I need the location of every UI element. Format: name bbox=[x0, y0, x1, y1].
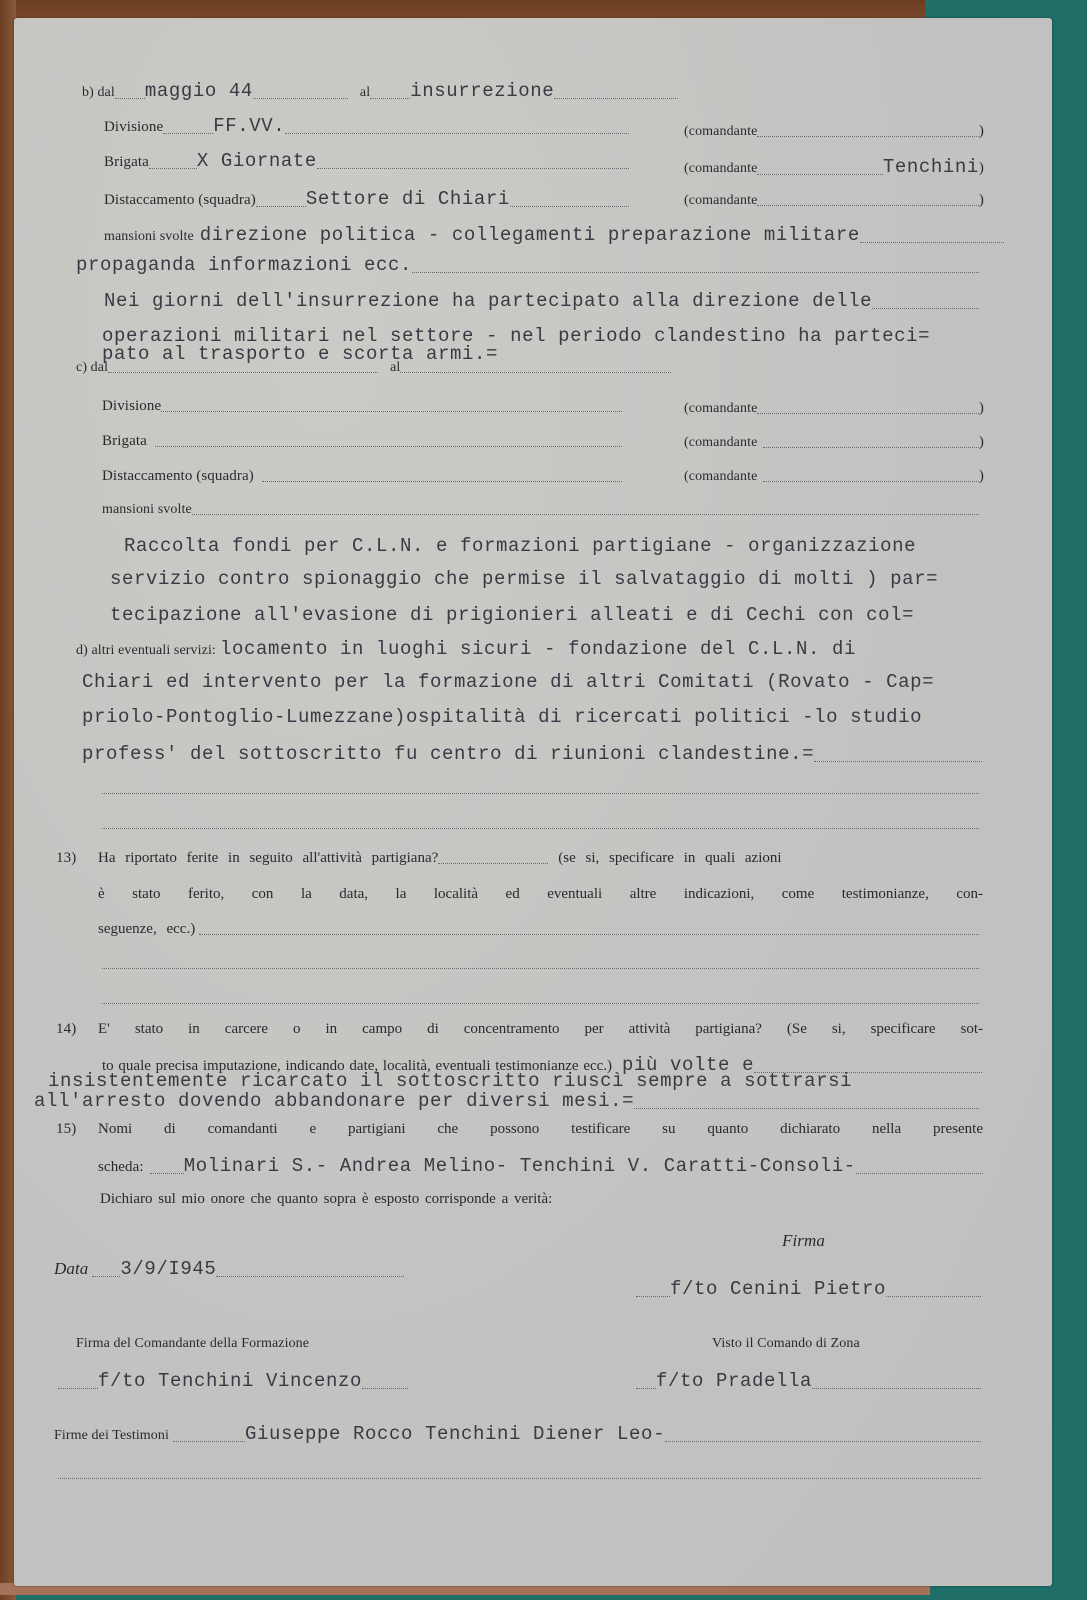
data-field: Data 3/9/I945 bbox=[54, 1258, 404, 1280]
section-b-dal-value[interactable]: maggio 44 bbox=[145, 80, 253, 102]
firma-field: f/to Cenini Pietro bbox=[636, 1278, 981, 1300]
data-value[interactable]: 3/9/I945 bbox=[120, 1258, 216, 1280]
section-b-dates: b) dal maggio 44 al insurrezione bbox=[82, 80, 678, 102]
q14-number: 14) bbox=[56, 1021, 76, 1038]
section-c-distaccamento-comandante-field[interactable] bbox=[763, 480, 978, 482]
altri-servizi-line[interactable]: Chiari ed intervento per la formazione d… bbox=[82, 671, 934, 693]
q13-number: 13) bbox=[56, 850, 76, 867]
mansioni-line[interactable]: Raccolta fondi per C.L.N. e formazioni p… bbox=[124, 535, 916, 557]
q14-answer-line[interactable]: all'arresto dovendo abbandonare per dive… bbox=[34, 1090, 634, 1112]
q13-blank-line[interactable] bbox=[102, 968, 979, 969]
section-b-mansioni: mansioni svolte direzione politica - col… bbox=[104, 224, 1004, 246]
section-b-dal-label: b) dal bbox=[82, 85, 115, 101]
q14-answer-line[interactable]: insistentemente ricarcato il sottoscritt… bbox=[48, 1070, 852, 1092]
mansioni-label: mansioni svolte bbox=[104, 229, 194, 245]
section-c-brigata-field[interactable] bbox=[155, 445, 622, 447]
altri-servizi-label: d) altri eventuali servizi: bbox=[76, 643, 216, 659]
altri-servizi-line[interactable]: priolo-Pontoglio-Lumezzane)ospitalità di… bbox=[82, 706, 922, 728]
section-c-al-field[interactable] bbox=[400, 371, 671, 373]
section-b-al-label: al bbox=[360, 85, 370, 101]
mansioni-line[interactable]: servizio contro spionaggio che permise i… bbox=[110, 568, 938, 590]
section-c-divisione: Divisione bbox=[102, 398, 622, 415]
comando-zona-value[interactable]: f/to Pradella bbox=[656, 1370, 812, 1392]
declaration: Dichiaro sul mio onore che quanto sopra … bbox=[100, 1191, 552, 1208]
q13-question: Ha riportato ferite in seguito all'attiv… bbox=[98, 850, 983, 867]
divisione-label: Divisione bbox=[104, 119, 163, 136]
section-b-al-value[interactable]: insurrezione bbox=[410, 80, 554, 102]
q15-question: Nomi di comandanti e partigiani che poss… bbox=[98, 1121, 983, 1138]
q15-number: 15) bbox=[56, 1121, 76, 1138]
firma-label: Firma bbox=[782, 1231, 825, 1251]
section-d-altri-servizi: d) altri eventuali servizi: locamento in… bbox=[76, 638, 1036, 660]
section-b-distaccamento: Distaccamento (squadra) Settore di Chiar… bbox=[104, 188, 629, 210]
mansioni-line[interactable]: propaganda informazioni ecc. bbox=[76, 254, 412, 276]
q13-details-field[interactable] bbox=[199, 933, 979, 935]
divisione-comandante-field[interactable] bbox=[757, 135, 978, 137]
q14-question: E' stato in carcere o in campo di concen… bbox=[98, 1021, 983, 1038]
section-c-dal-field[interactable] bbox=[108, 371, 378, 373]
distaccamento-value[interactable]: Settore di Chiari bbox=[306, 188, 510, 210]
mansioni-line[interactable]: tecipazione all'evasione di prigionieri … bbox=[110, 604, 914, 626]
section-c-mansioni: mansioni svolte bbox=[102, 502, 979, 518]
brigata-comandante: (comandante Tenchini ) bbox=[684, 156, 984, 178]
altri-servizi-line[interactable]: locamento in luoghi sicuri - fondazione … bbox=[220, 638, 856, 660]
comandante-formazione-field: f/to Tenchini Vincenzo bbox=[58, 1370, 408, 1392]
mansioni-line[interactable]: direzione politica - collegamenti prepar… bbox=[200, 224, 860, 246]
mansioni-line[interactable]: Nei giorni dell'insurrezione ha partecip… bbox=[104, 290, 872, 312]
section-c-divisione-field[interactable] bbox=[161, 410, 622, 412]
q13-answer-field[interactable] bbox=[438, 862, 548, 864]
comando-zona-field: f/to Pradella bbox=[636, 1370, 981, 1392]
wood-surface-top bbox=[0, 0, 925, 20]
firma-value[interactable]: f/to Cenini Pietro bbox=[670, 1278, 886, 1300]
divisione-value[interactable]: FF.VV. bbox=[213, 115, 285, 137]
distaccamento-comandante: (comandante ) bbox=[684, 192, 984, 209]
altri-servizi-blank-line[interactable] bbox=[102, 828, 979, 829]
scheda-value[interactable]: Molinari S.- Andrea Melino- Tenchini V. … bbox=[184, 1155, 856, 1177]
distaccamento-label: Distaccamento (squadra) bbox=[104, 192, 256, 209]
section-c-brigata-comandante-field[interactable] bbox=[763, 446, 978, 448]
comando-zona-label: Visto il Comando di Zona bbox=[712, 1336, 860, 1352]
comandante-formazione-label: Firma del Comandante della Formazione bbox=[76, 1336, 309, 1352]
altri-servizi-line[interactable]: profess' del sottoscritto fu centro di r… bbox=[82, 743, 814, 765]
q13-blank-line[interactable] bbox=[102, 1003, 979, 1004]
brigata-comandante-value[interactable]: Tenchini bbox=[883, 156, 979, 178]
testimoni-label: Firme dei Testimoni bbox=[54, 1428, 169, 1444]
divisione-comandante: (comandante ) bbox=[684, 123, 984, 140]
altri-servizi-blank-line[interactable] bbox=[102, 793, 979, 794]
section-b-brigata: Brigata X Giornate bbox=[104, 150, 629, 172]
section-c-distaccamento-field[interactable] bbox=[262, 480, 622, 482]
brigata-value[interactable]: X Giornate bbox=[197, 150, 317, 172]
section-b-divisione: Divisione FF.VV. bbox=[104, 115, 629, 137]
testimoni-field: Firme dei Testimoni Giuseppe Rocco Tench… bbox=[54, 1423, 981, 1445]
section-c-brigata: Brigata bbox=[102, 433, 622, 450]
distaccamento-comandante-field[interactable] bbox=[757, 204, 978, 206]
testimoni-value[interactable]: Giuseppe Rocco Tenchini Diener Leo- bbox=[245, 1423, 665, 1445]
comandante-formazione-value[interactable]: f/to Tenchini Vincenzo bbox=[98, 1370, 362, 1392]
section-c-dates: c) dal al bbox=[76, 360, 671, 376]
section-c-dal-label: c) dal bbox=[76, 360, 108, 376]
testimoni-blank-line[interactable] bbox=[58, 1478, 981, 1479]
section-c-distaccamento: Distaccamento (squadra) bbox=[102, 468, 622, 485]
section-c-divisione-comandante-field[interactable] bbox=[757, 412, 978, 414]
q15-scheda: scheda: Molinari S.- Andrea Melino- Tenc… bbox=[98, 1155, 983, 1177]
form-sheet: b) dal maggio 44 al insurrezione Divisio… bbox=[14, 18, 1052, 1586]
brigata-label: Brigata bbox=[104, 154, 149, 171]
